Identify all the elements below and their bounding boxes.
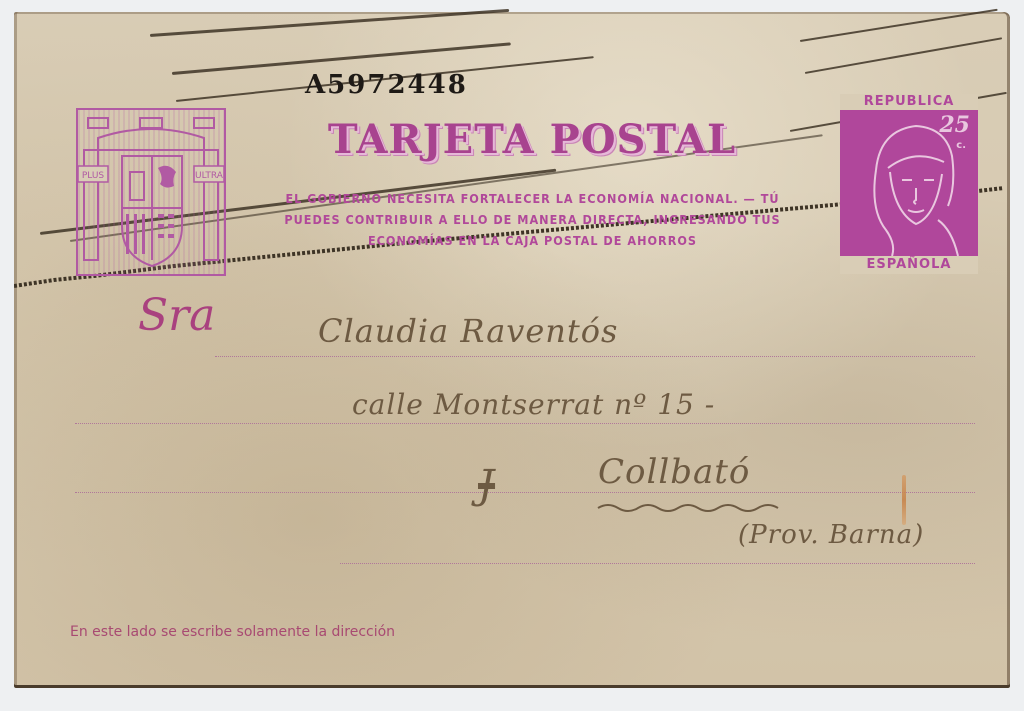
address-line-4 [340,563,975,564]
stamp-value: 25 [939,112,970,138]
underline-squiggle [596,500,796,514]
address-prefix: Sra [138,290,215,341]
notice-line: PUEDES CONTRIBUIR A ELLO DE MANERA DIREC… [255,209,810,230]
motto-right: ULTRA [195,171,224,181]
address-line-3 [75,492,975,493]
stamp-bottom-text: ESPAÑOLA [840,256,978,274]
savings-notice: EL GOBIERNO NECESITA FORTALECER LA ECONO… [255,188,810,251]
footer-note: En este lado se escribe solamente la dir… [70,624,395,640]
notice-line: ECONOMÍAS EN LA CAJA POSTAL DE AHORROS [255,230,810,251]
struck-initial: J [478,462,495,508]
address-line-2 [75,423,975,424]
postage-stamp: REPUBLICA 25 c. ESPAÑOLA [840,94,978,274]
town-name: Collbató [598,452,750,492]
rust-stain [902,475,906,525]
serial-number: A5972448 [305,70,468,100]
province: (Prov. Barna) [738,520,924,550]
stamp-top-text: REPUBLICA [840,94,978,110]
street-address: calle Montserrat nº 15 - [352,388,715,421]
stamp-currency: c. [956,140,966,151]
spanish-coat-of-arms-icon: PLUS ULTRA [76,108,226,276]
address-line-1 [215,356,975,357]
motto-left: PLUS [82,171,105,181]
recipient-name: Claudia Raventós [318,312,618,350]
card-title: TARJETA POSTAL [312,116,752,163]
notice-line: EL GOBIERNO NECESITA FORTALECER LA ECONO… [255,188,810,209]
